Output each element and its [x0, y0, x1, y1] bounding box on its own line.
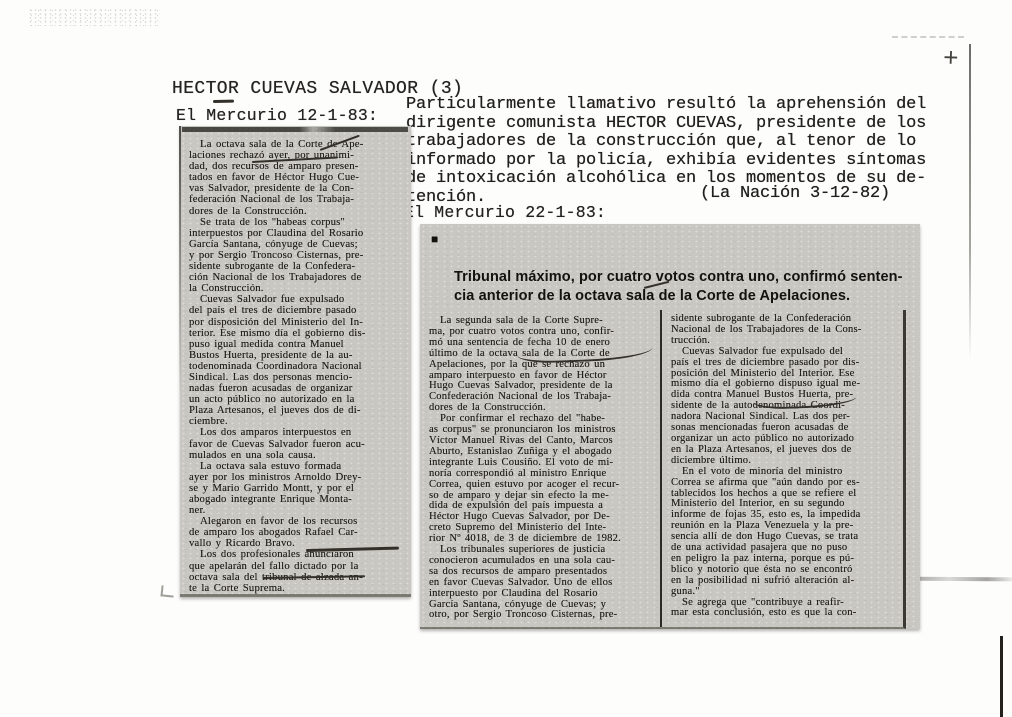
- news-paragraph: Los tribunales superiores de justicia co…: [429, 545, 655, 621]
- news-paragraph: Alegaron en favor de los recursos de amp…: [189, 516, 404, 549]
- news-paragraph: La octava sala de la Corte de Ape- lacio…: [189, 139, 404, 217]
- scanned-page: + HECTOR CUEVAS SALVADOR (3) El Mercurio…: [0, 0, 1012, 717]
- scan-edge-line-bottom-right: [1000, 636, 1003, 717]
- registration-plus-mark: +: [943, 46, 960, 73]
- scan-noise-artifact: [28, 8, 160, 26]
- newspaper-clipping-left: La octava sala de la Corte de Ape- lacio…: [180, 126, 411, 597]
- news-paragraph: En el voto de minoría del ministro Corre…: [671, 467, 897, 598]
- news-paragraph: Cuevas Salvador fue expulsado del país e…: [189, 294, 404, 427]
- news-paragraph: sidente subrogante de la Confederación N…: [671, 314, 897, 347]
- source-label-mercurio-12-1-83: El Mercurio 12-1-83:: [176, 106, 378, 126]
- news-paragraph: Los dos profesionales anunciaron que ape…: [189, 549, 404, 593]
- clipping-left-edge-shadow: [179, 126, 181, 397]
- torn-edge-artifact: [182, 127, 408, 132]
- news-paragraph: Los dos amparos interpuestos en favor de…: [189, 427, 404, 460]
- bullet-square-icon: ■: [431, 231, 438, 248]
- newspaper-clipping-right: ■ Tribunal máximo, por cuatro votos cont…: [420, 224, 920, 629]
- clipping-column-right: sidente subrogante de la Confederación N…: [660, 310, 903, 627]
- scan-corner-mark: [160, 585, 174, 597]
- news-paragraph: La segunda sala de la Corte Supre- ma, p…: [429, 316, 655, 414]
- headline-text: Tribunal máximo, por cuatro votos contra…: [454, 269, 903, 304]
- news-paragraph: Se agrega que "contribuye a reafir- mar …: [671, 598, 897, 620]
- news-paragraph: Por confirmar el rechazo del "habe- as c…: [429, 414, 655, 545]
- pen-underline-title: [213, 100, 234, 103]
- source-label-mercurio-22-1-83: El Mercurio 22-1-83:: [404, 203, 606, 223]
- typed-attribution: (La Nación 3-12-82): [700, 184, 890, 203]
- news-paragraph: Se trata de los "habeas corpus" interpue…: [189, 217, 404, 295]
- news-paragraph: La octava sala estuvo formada ayer por l…: [189, 461, 404, 516]
- scan-dash-artifact: [892, 36, 964, 38]
- clipping-headline: ■ Tribunal máximo, por cuatro votos cont…: [420, 224, 920, 310]
- clipping-columns: La segunda sala de la Corte Supre- ma, p…: [420, 310, 906, 629]
